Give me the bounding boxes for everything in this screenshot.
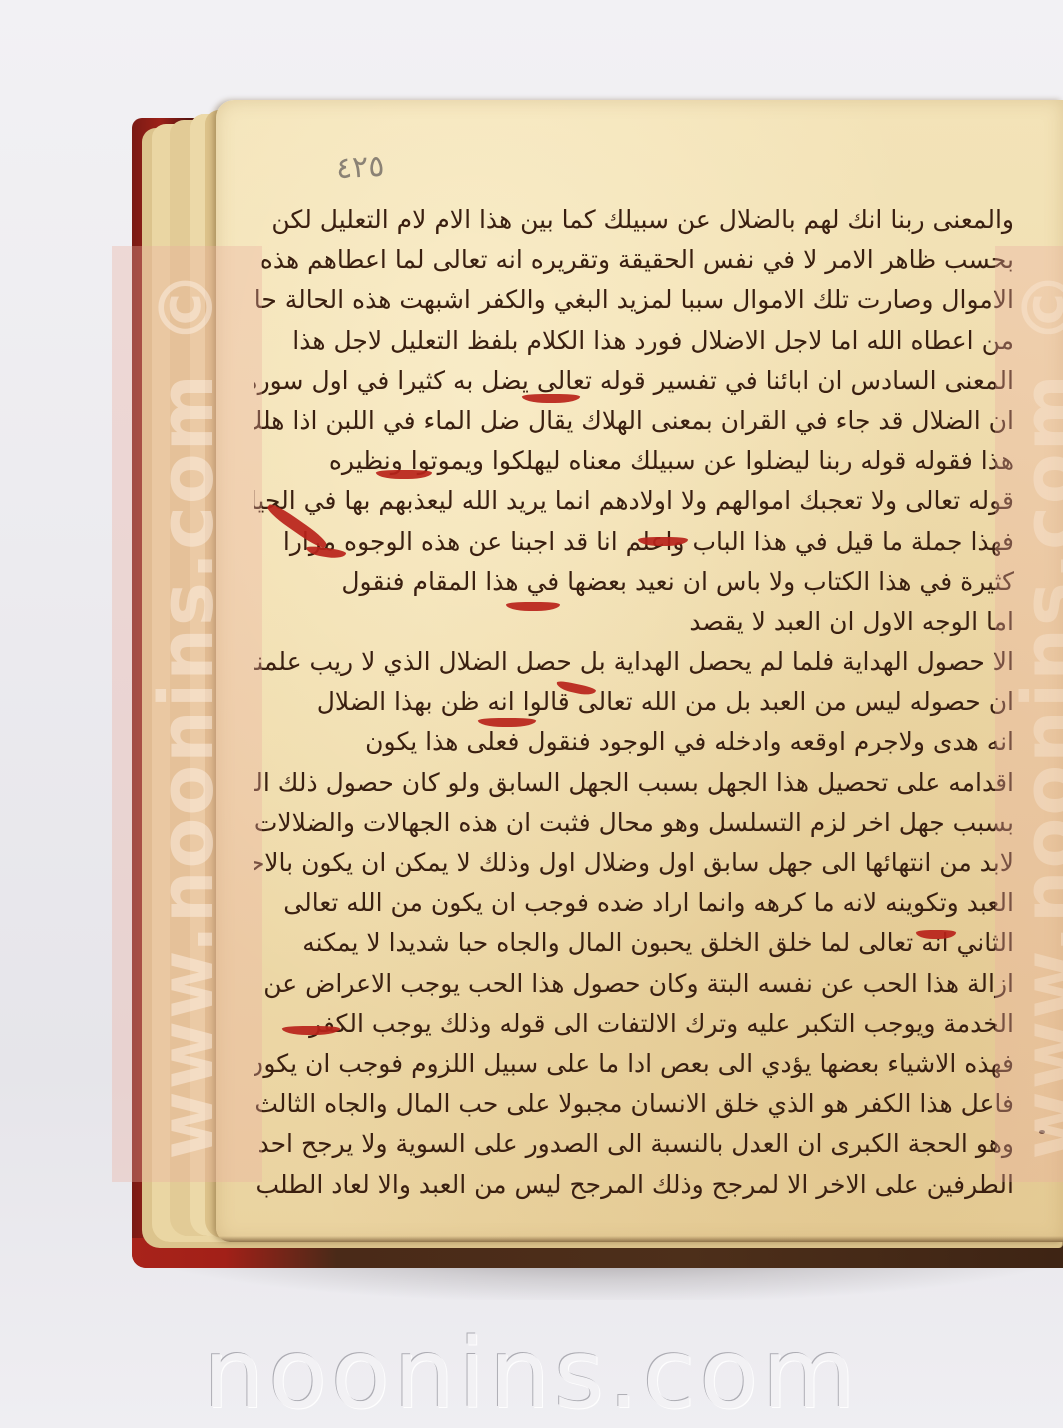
text-line: هذا فقوله قوله ربنا ليضلوا عن سبيلك معنا…: [254, 441, 1014, 481]
text-line: الا حصول الهداية فلما لم يحصل الهداية بل…: [254, 642, 1014, 682]
text-line: اما الوجه الاول ان العبد لا يقصد: [254, 602, 1014, 642]
text-line: انه هدى ولاجرم اوقعه وادخله في الوجود فن…: [254, 722, 1014, 762]
text-line: الطرفين على الاخر الا لمرجح وذلك المرجح …: [254, 1165, 1014, 1205]
watermark-bottom: noonins.com: [0, 1318, 1063, 1428]
text-line: ان حصوله ليس من العبد بل من الله تعالى ق…: [254, 682, 1014, 722]
text-line: العبد وتكوينه لانه ما كرهه وانما اراد ضد…: [254, 883, 1014, 923]
text-line: فهذه الاشياء بعضها يؤدي الى بعص ادا ما ع…: [254, 1044, 1014, 1084]
text-line: ازالة هذا الحب عن نفسه البتة وكان حصول ه…: [254, 964, 1014, 1004]
text-line: قوله تعالى ولا تعجبك اموالهم ولا اولادهم…: [254, 481, 1014, 521]
folio-number: ٤٢٥: [335, 149, 385, 186]
text-line: والمعنى ربنا انك لهم بالضلال عن سبيلك كم…: [254, 200, 1014, 240]
text-line: كثيرة في هذا الكتاب ولا باس ان نعيد بعضه…: [254, 562, 1014, 602]
text-line: الخدمة ويوجب التكبر عليه وترك الالتفات ا…: [254, 1004, 1014, 1044]
text-line: من اعطاه الله اما لاجل الاضلال فورد هذا …: [254, 321, 1014, 361]
text-line: الاموال وصارت تلك الاموال سببا لمزيد الب…: [254, 280, 1014, 320]
text-line: المعنى السادس ان ابائنا في تفسير قوله تع…: [254, 361, 1014, 401]
manuscript-leaf: ٤٢٥ والمعنى ربنا انك لهم بالضلال عن سبيل…: [216, 100, 1063, 1242]
text-line: ان الضلال قد جاء في القران بمعنى الهلاك …: [254, 401, 1014, 441]
text-line: فاعل هذا الكفر هو الذي خلق الانسان مجبول…: [254, 1084, 1014, 1124]
text-line: اقدامه على تحصيل هذا الجهل بسبب الجهل ال…: [254, 763, 1014, 803]
watermark-vertical-left: www.noonins.com ©: [144, 268, 230, 1159]
text-line: بسبب جهل اخر لزم التسلسل وهو محال فثبت ا…: [254, 803, 1014, 843]
text-line: بحسب ظاهر الامر لا في نفس الحقيقة وتقرير…: [254, 240, 1014, 280]
text-line: فهذا جملة ما قيل في هذا الباب واعلم انا …: [254, 522, 1014, 562]
text-line: الثاني انه تعالى لما خلق الخلق يحبون الم…: [254, 923, 1014, 963]
text-line: لابد من انتهائها الى جهل سابق اول وضلال …: [254, 843, 1014, 883]
text-line: وهو الحجة الكبرى ان العدل بالنسبة الى ال…: [254, 1124, 1014, 1164]
watermark-vertical-right: www.noonins.com ©: [1007, 268, 1063, 1159]
leaf-bottom-edge: [216, 1236, 1063, 1242]
manuscript-text-block: والمعنى ربنا انك لهم بالضلال عن سبيلك كم…: [254, 200, 1014, 1205]
